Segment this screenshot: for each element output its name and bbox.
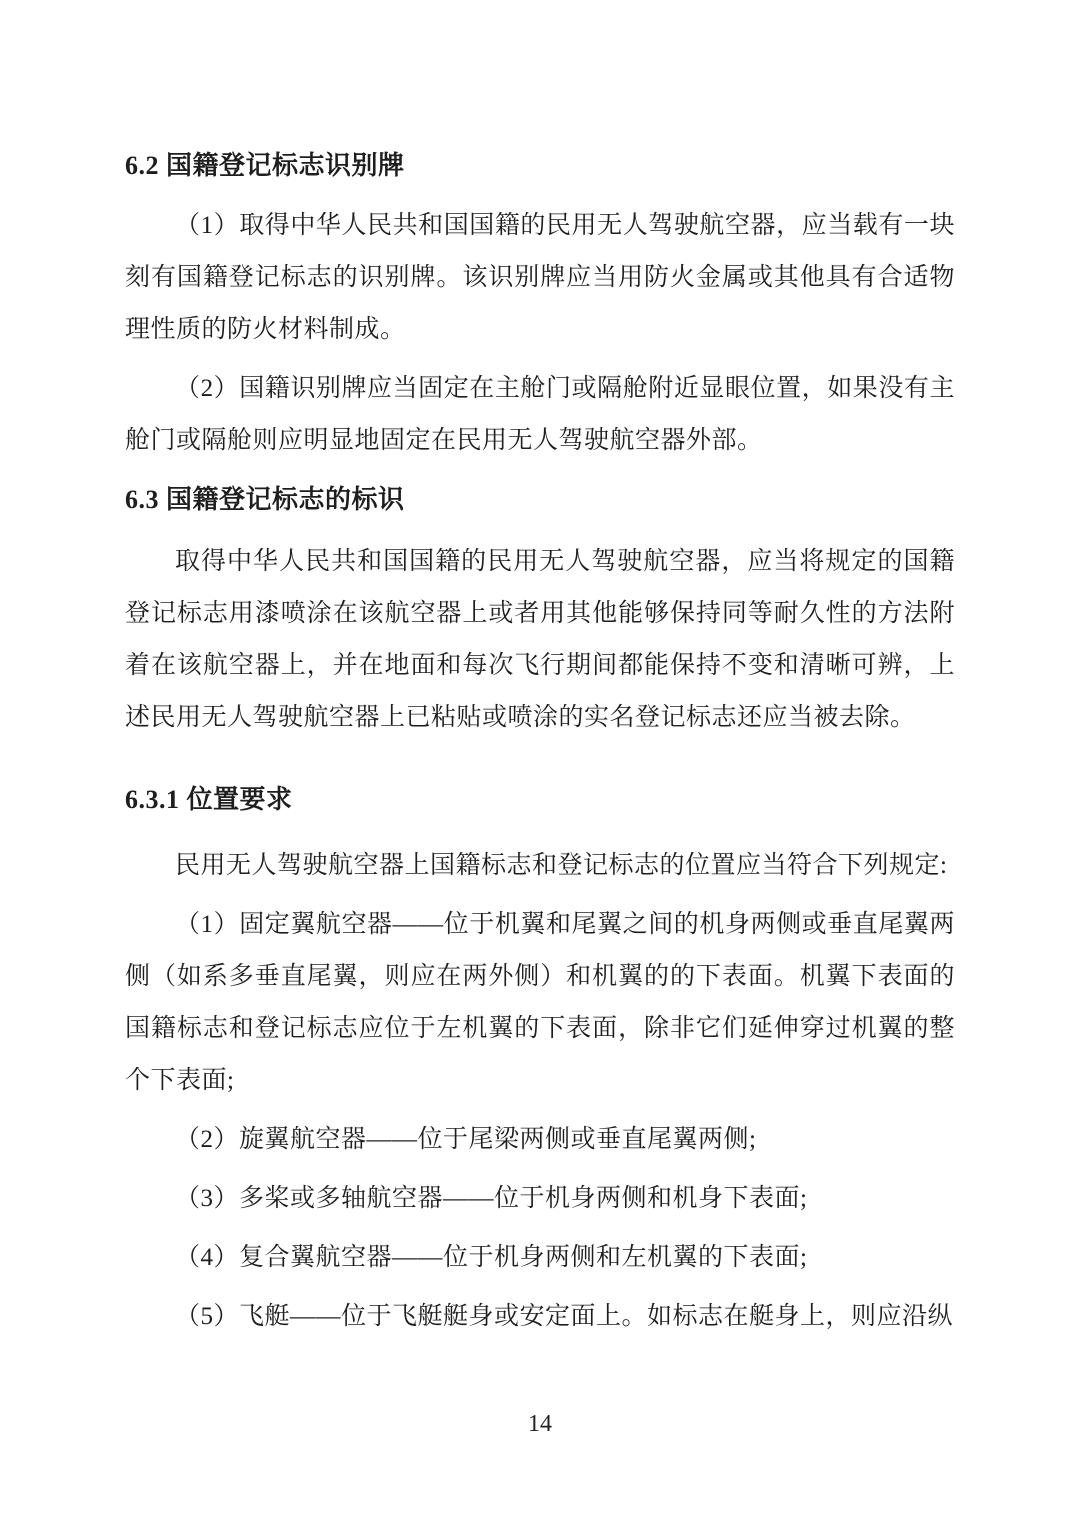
page-number: 14 [0, 1398, 1080, 1450]
paragraph-identification-plate-2: （2）国籍识别牌应当固定在主舱门或隔舱附近显眼位置，如果没有主舱门或隔舱则应明显… [125, 363, 955, 467]
section-heading-6-3-1: 6.3.1 位置要求 [125, 774, 955, 826]
list-item-rotorcraft: （2）旋翼航空器——位于尾梁两侧或垂直尾翼两侧; [125, 1114, 955, 1166]
paragraph-marking-method: 取得中华人民共和国国籍的民用无人驾驶航空器，应当将规定的国籍登记标志用漆喷涂在该… [125, 536, 955, 744]
section-heading-6-3: 6.3 国籍登记标志的标识 [125, 474, 955, 526]
list-item-multirotor: （3）多桨或多轴航空器——位于机身两侧和机身下表面; [125, 1173, 955, 1225]
list-item-airship: （5）飞艇——位于飞艇艇身或安定面上。如标志在艇身上，则应沿纵 [125, 1291, 955, 1343]
document-page: 6.2 国籍登记标志识别牌 （1）取得中华人民共和国国籍的民用无人驾驶航空器，应… [0, 0, 1080, 1527]
section-heading-6-2: 6.2 国籍登记标志识别牌 [125, 140, 955, 192]
list-item-compound-wing: （4）复合翼航空器——位于机身两侧和左机翼的下表面; [125, 1232, 955, 1284]
list-item-fixed-wing: （1）固定翼航空器——位于机翼和尾翼之间的机身两侧或垂直尾翼两侧（如系多垂直尾翼… [125, 899, 955, 1107]
paragraph-position-intro: 民用无人驾驶航空器上国籍标志和登记标志的位置应当符合下列规定: [125, 840, 955, 892]
paragraph-identification-plate-1: （1）取得中华人民共和国国籍的民用无人驾驶航空器，应当载有一块刻有国籍登记标志的… [125, 200, 955, 356]
